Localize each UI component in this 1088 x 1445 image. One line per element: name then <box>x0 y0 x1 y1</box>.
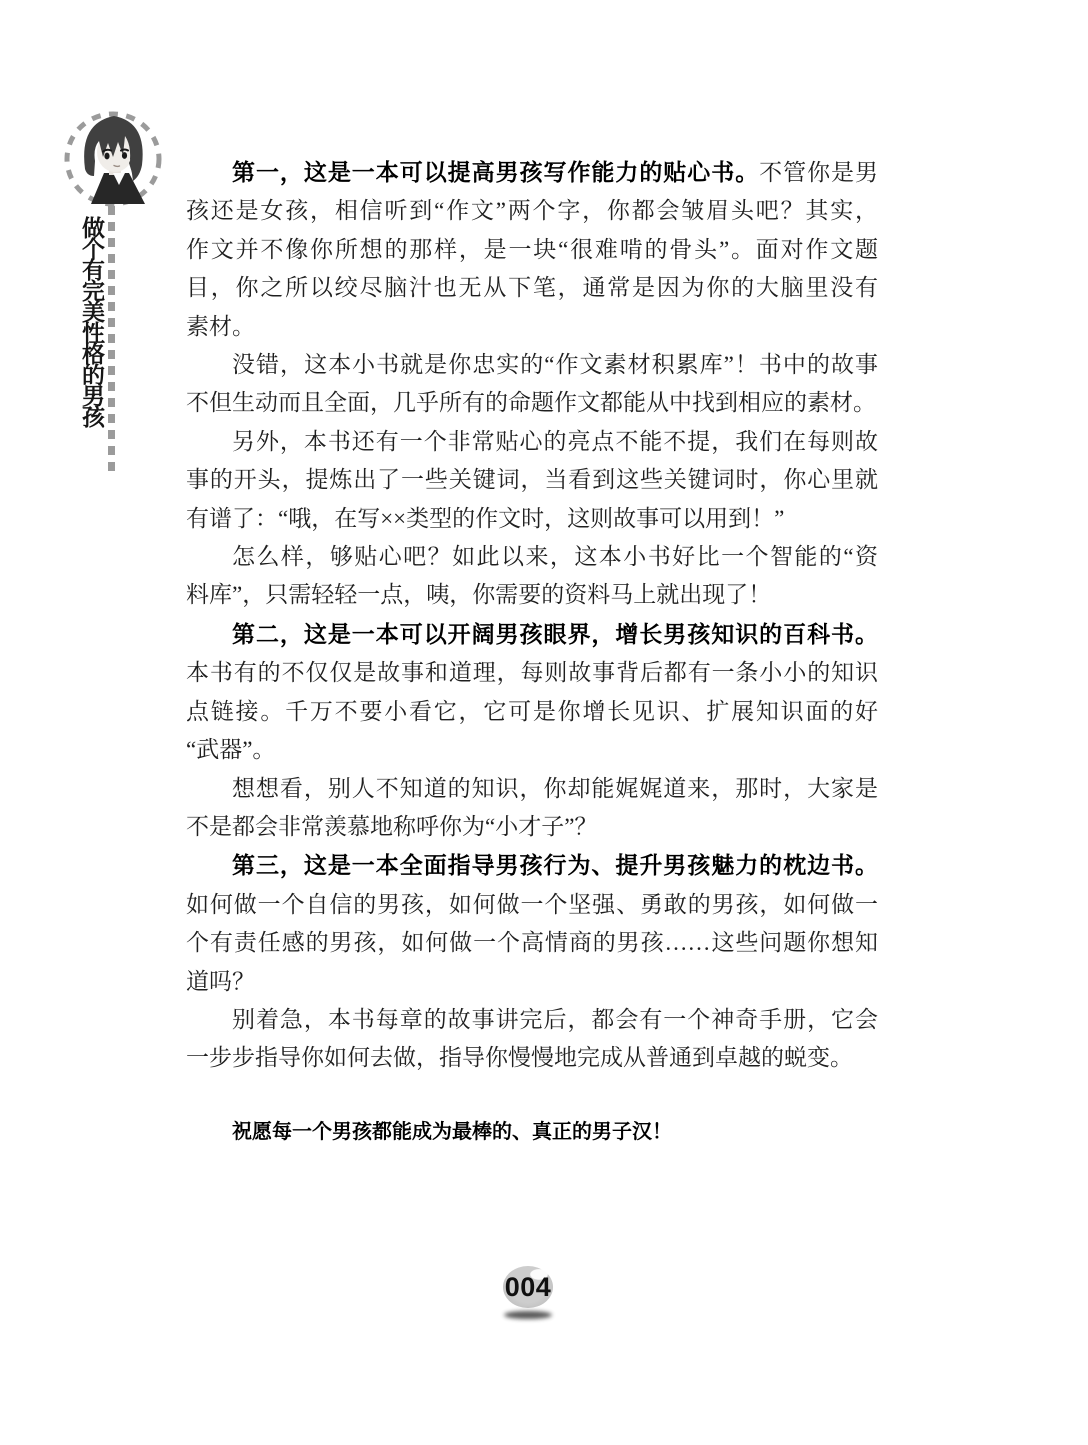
text-line: 孩还是女孩，相信听到“作文”两个字，你都会皱眉头吧？其实， <box>186 192 878 230</box>
text-line: 如何做一个自信的男孩，如何做一个坚强、勇敢的男孩，如何做一 <box>186 886 878 924</box>
text-run: 一步步指导你如何去做，指导你慢慢地完成从普通到卓越的蜕变。 <box>186 1045 853 1070</box>
text-line: 一步步指导你如何去做，指导你慢慢地完成从普通到卓越的蜕变。 <box>186 1039 878 1077</box>
text-run: 怎么样，够贴心吧？如此以来，这本小书好比一个智能的“资 <box>232 544 878 569</box>
text-run: 别着急，本书每章的故事讲完后，都会有一个神奇手册，它会 <box>232 1007 878 1032</box>
page-number: 004 <box>505 1272 552 1303</box>
bold-text-run: 第二，这是一本可以开阔男孩眼界，增长男孩知识的百科书。 <box>232 621 878 647</box>
text-run: 点链接。千万不要小看它，它可是你增长见识、扩展知识面的好 <box>186 699 878 724</box>
text-run: 个有责任感的男孩，如何做一个高情商的男孩……这些问题你想知 <box>186 930 878 955</box>
text-run: 如何做一个自信的男孩，如何做一个坚强、勇敢的男孩，如何做一 <box>186 892 878 917</box>
text-line: 不是都会非常羡慕地称呼你为“小才子”？ <box>186 808 878 846</box>
text-run: “武器”。 <box>186 737 275 762</box>
text-run: 事的开头，提炼出了一些关键词，当看到这些关键词时，你心里就 <box>186 467 878 492</box>
book-title-vertical: 做个有完美性格的男孩 <box>76 216 109 426</box>
text-line: 不但生动而且全面，几乎所有的命题作文都能从中找到相应的素材。 <box>186 384 878 422</box>
page-number-badge: 004 <box>503 1266 553 1308</box>
vertical-dashed-line <box>108 206 115 474</box>
text-run: 目，你之所以绞尽脑汁也无从下笔，通常是因为你的大脑里没有 <box>186 275 878 300</box>
bold-text-run: 第一，这是一本可以提高男孩写作能力的贴心书。 <box>232 159 759 185</box>
text-run: 有谱了：“哦，在写××类型的作文时，这则故事可以用到！” <box>186 506 784 531</box>
text-line: 另外，本书还有一个非常贴心的亮点不能不提，我们在每则故 <box>186 423 878 461</box>
text-line: 个有责任感的男孩，如何做一个高情商的男孩……这些问题你想知 <box>186 924 878 962</box>
book-page: 做个有完美性格的男孩 第一，这是一本可以提高男孩写作能力的贴心书。不管你是男孩还… <box>0 0 1088 1445</box>
text-run: 料库”，只需轻轻一点，咦，你需要的资料马上就出现了！ <box>186 582 771 607</box>
text-line: 有谱了：“哦，在写××类型的作文时，这则故事可以用到！” <box>186 500 878 538</box>
text-line: 第二，这是一本可以开阔男孩眼界，增长男孩知识的百科书。 <box>186 615 878 654</box>
text-line: 本书有的不仅仅是故事和道理，每则故事背后都有一条小小的知识 <box>186 654 878 692</box>
text-line: 素材。 <box>186 308 878 346</box>
text-run: 另外，本书还有一个非常贴心的亮点不能不提，我们在每则故 <box>232 429 878 454</box>
page-number-shadow <box>504 1311 552 1319</box>
text-run: 道吗？ <box>186 969 255 994</box>
text-run: 不但生动而且全面，几乎所有的命题作文都能从中找到相应的素材。 <box>186 390 876 415</box>
bold-text-run: 第三，这是一本全面指导男孩行为、提升男孩魅力的枕边书。 <box>232 852 878 878</box>
text-line: 想想看，别人不知道的知识，你却能娓娓道来，那时，大家是 <box>186 770 878 808</box>
text-line: 目，你之所以绞尽脑汁也无从下笔，通常是因为你的大脑里没有 <box>186 269 878 307</box>
text-line: 点链接。千万不要小看它，它可是你增长见识、扩展知识面的好 <box>186 693 878 731</box>
text-line: 料库”，只需轻轻一点，咦，你需要的资料马上就出现了！ <box>186 576 878 614</box>
avatar <box>57 103 169 215</box>
text-line: 事的开头，提炼出了一些关键词，当看到这些关键词时，你心里就 <box>186 461 878 499</box>
text-run: 孩还是女孩，相信听到“作文”两个字，你都会皱眉头吧？其实， <box>186 198 878 223</box>
paragraphs: 第一，这是一本可以提高男孩写作能力的贴心书。不管你是男孩还是女孩，相信听到“作文… <box>186 153 878 1078</box>
text-line: 第一，这是一本可以提高男孩写作能力的贴心书。不管你是男 <box>186 153 878 192</box>
avatar-character-icon <box>57 103 169 215</box>
text-run: 作文并不像你所想的那样，是一块“很难啃的骨头”。面对作文题 <box>186 237 878 262</box>
text-run: 不是都会非常羡慕地称呼你为“小才子”？ <box>186 814 597 839</box>
text-line: 第三，这是一本全面指导男孩行为、提升男孩魅力的枕边书。 <box>186 846 878 885</box>
text-run: 没错，这本小书就是你忠实的“作文素材积累库”！书中的故事 <box>232 352 878 377</box>
text-line: 没错，这本小书就是你忠实的“作文素材积累库”！书中的故事 <box>186 346 878 384</box>
sidebar: 做个有完美性格的男孩 <box>0 0 180 520</box>
page-body: 第一，这是一本可以提高男孩写作能力的贴心书。不管你是男孩还是女孩，相信听到“作文… <box>186 153 878 1147</box>
text-run: 本书有的不仅仅是故事和道理，每则故事背后都有一条小小的知识 <box>186 660 878 685</box>
text-line: 道吗？ <box>186 963 878 1001</box>
text-line: “武器”。 <box>186 731 878 769</box>
text-run: 想想看，别人不知道的知识，你却能娓娓道来，那时，大家是 <box>232 776 878 801</box>
text-run: 不管你是男 <box>759 160 878 185</box>
closing-line: 祝愿每一个男孩都能成为最棒的、真正的男子汉！ <box>186 1117 878 1147</box>
text-line: 作文并不像你所想的那样，是一块“很难啃的骨头”。面对作文题 <box>186 231 878 269</box>
text-line: 怎么样，够贴心吧？如此以来，这本小书好比一个智能的“资 <box>186 538 878 576</box>
text-run: 素材。 <box>186 314 255 339</box>
text-line: 别着急，本书每章的故事讲完后，都会有一个神奇手册，它会 <box>186 1001 878 1039</box>
